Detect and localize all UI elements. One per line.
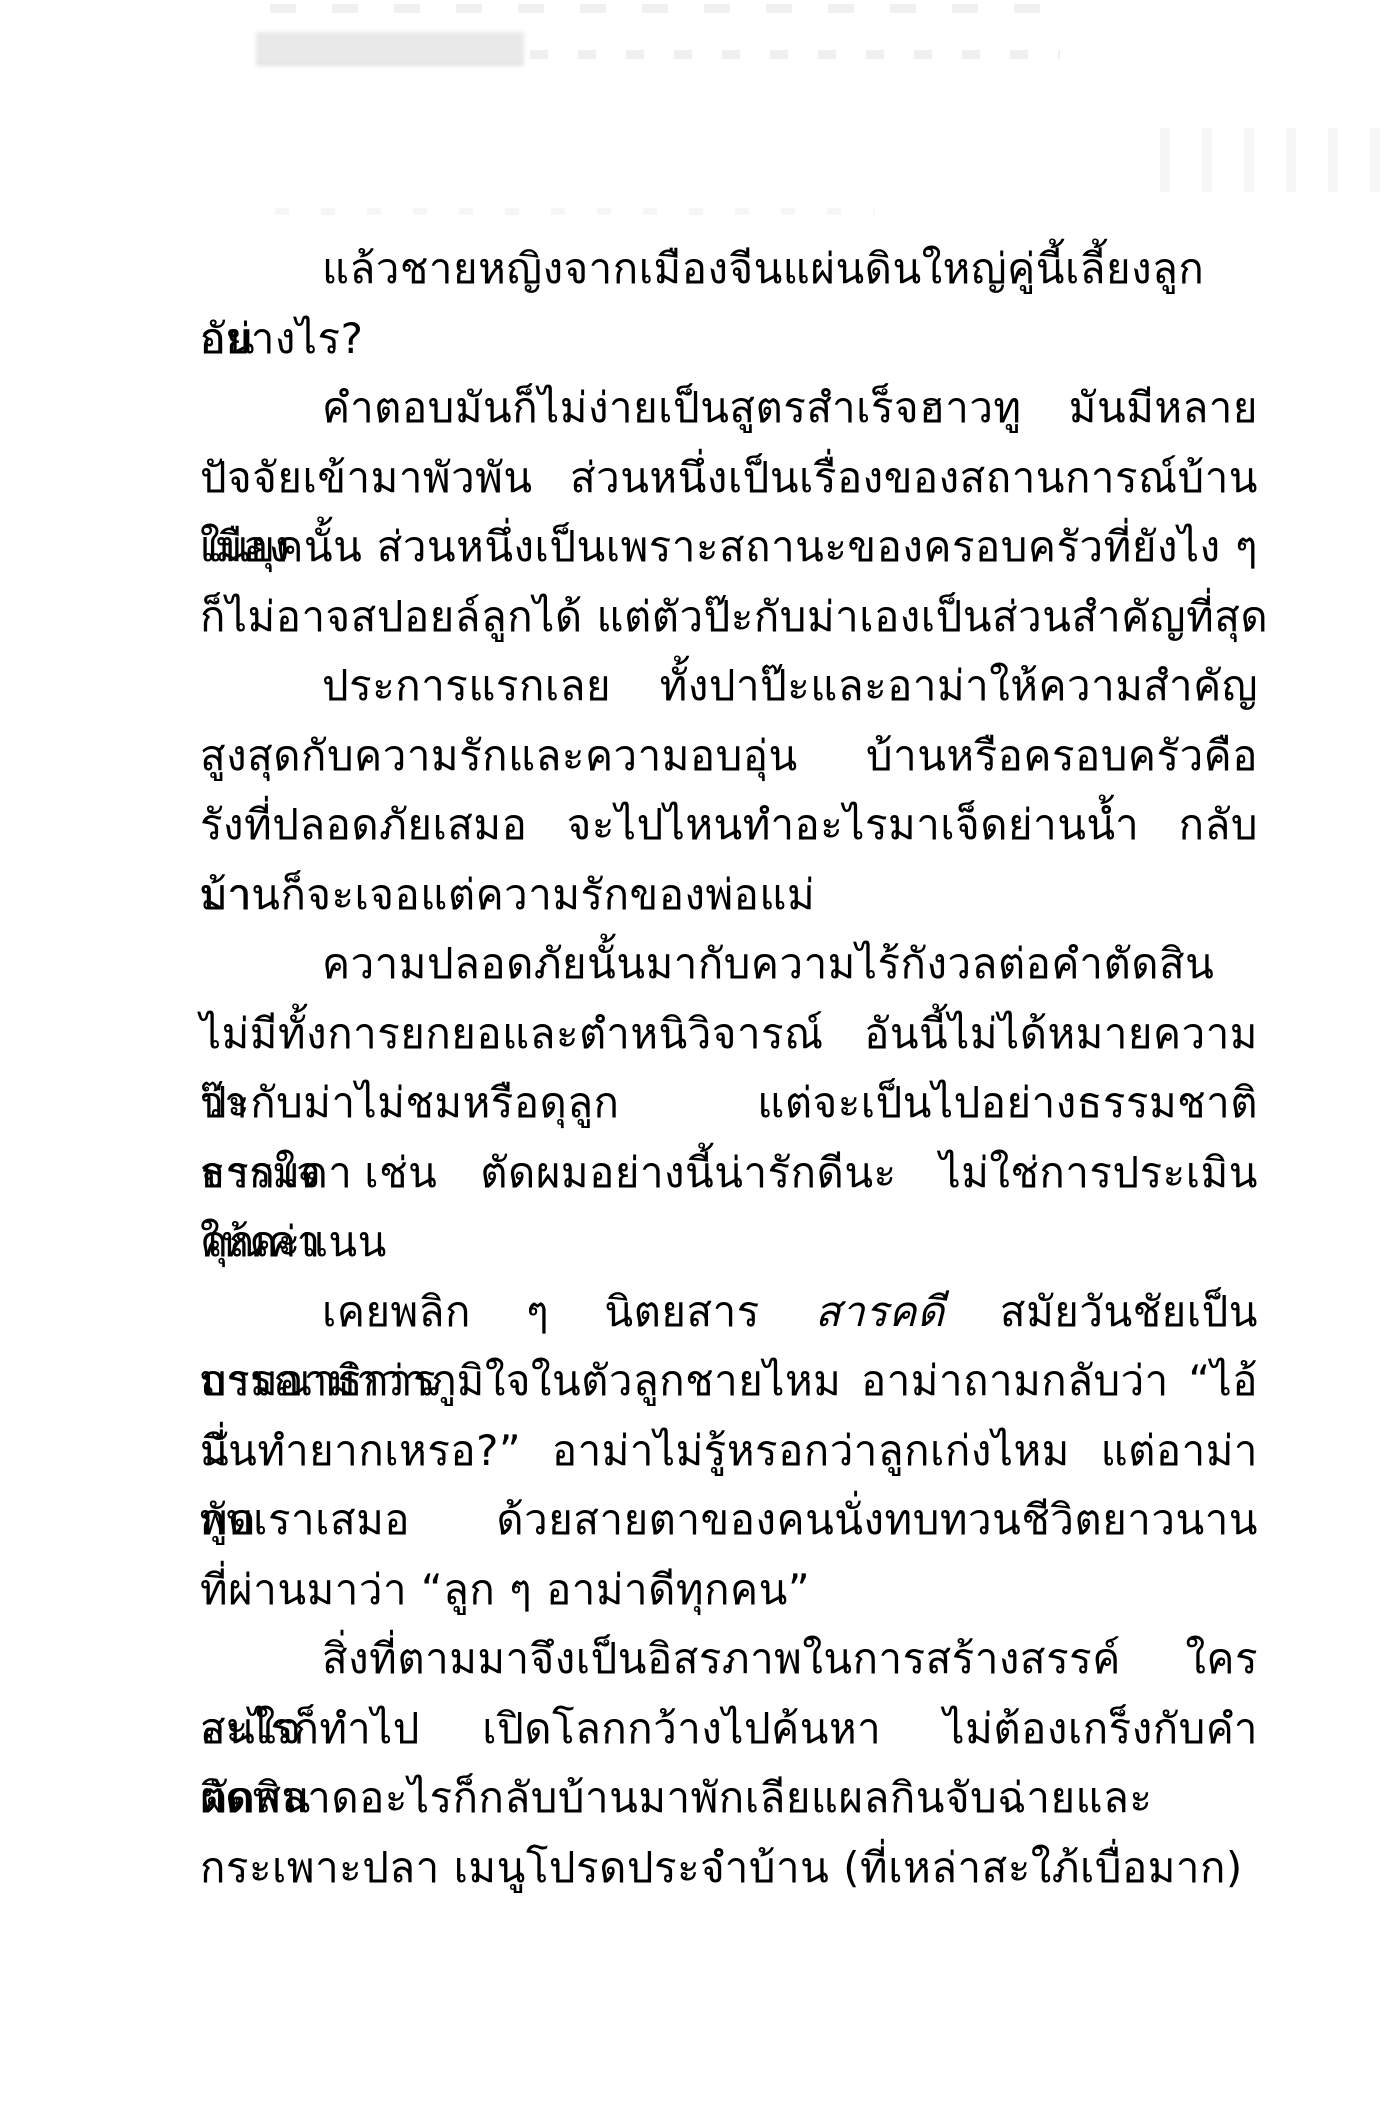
text-line: มันทำยากเหรอ?” อาม่าไม่รู้หรอกว่าลูกเก่ง… [200, 1416, 1258, 1486]
text-segment: เคยพลิก ๆ นิตยสาร [322, 1287, 815, 1336]
text-line: ก็ไม่อาจสปอยล์ลูกได้ แต่ตัวป๊ะกับม่าเองเ… [200, 582, 1258, 652]
text-line: สูงสุดกับความรักและความอบอุ่น บ้านหรือคร… [200, 721, 1258, 791]
scan-artifact-top-ticks [270, 4, 1040, 13]
text-line: ที่ผ่านมาว่า “ลูก ๆ อาม่าดีทุกคน” [200, 1555, 1258, 1625]
text-line: ป๊ะกับม่าไม่ชมหรือดุลูก แต่จะเป็นไปอย่าง… [200, 1068, 1258, 1138]
text-line: สิ่งที่ตามมาจึงเป็นอิสรภาพในการสร้างสรรค… [200, 1624, 1258, 1694]
text-line: ความปลอดภัยนั้นมากับความไร้กังวลต่อคำตัด… [200, 929, 1258, 999]
scan-artifact-smudge [256, 32, 524, 66]
text-line: ถามอาม่าว่าภูมิใจในตัวลูกชายไหม อาม่าถาม… [200, 1346, 1258, 1416]
text-line: ผิดพลาดอะไรก็กลับบ้านมาพักเลียแผลกินจับฉ… [200, 1763, 1258, 1833]
text-line: อะไรก็ทำไป เปิดโลกกว้างไปค้นหา ไม่ต้องเก… [200, 1694, 1258, 1764]
scan-artifact-dot-row [530, 50, 1060, 59]
text-line: แล้วชายหญิงจากเมืองจีนแผ่นดินใหญ่คู่นี้เ… [200, 234, 1258, 304]
text-line: คำตอบมันก็ไม่ง่ายเป็นสูตรสำเร็จฮาวทู มัน… [200, 373, 1258, 443]
text-line: รังที่ปลอดภัยเสมอ จะไปไหนทำอะไรมาเจ็ดย่า… [200, 790, 1258, 860]
scan-artifact-corner-marks [1160, 128, 1400, 192]
text-line: กับเราเสมอ ด้วยสายตาของคนนั่งทบทวนชีวิตย… [200, 1485, 1258, 1555]
text-line: กระเพาะปลา เมนูโปรดประจำบ้าน (ที่เหล่าสะ… [200, 1833, 1258, 1903]
text-line: อย่างไร? [200, 304, 1258, 374]
text-column: แล้วชายหญิงจากเมืองจีนแผ่นดินใหญ่คู่นี้เ… [200, 234, 1258, 1902]
text-line: ประการแรกเลย ทั้งปาป๊ะและอาม่าให้ความสำค… [200, 651, 1258, 721]
text-line: ปัจจัยเข้ามาพัวพัน ส่วนหนึ่งเป็นเรื่องขอ… [200, 443, 1258, 513]
text-line-with-magazine-title: เคยพลิก ๆ นิตยสาร สารคดี สมัยวันชัยเป็นบ… [200, 1277, 1258, 1347]
text-line: จากใจ เช่น ตัดผมอย่างนี้น่ารักดีนะ ไม่ใช… [200, 1138, 1258, 1208]
magazine-title-italic: สารคดี [815, 1287, 945, 1336]
book-page: แล้วชายหญิงจากเมืองจีนแผ่นดินใหญ่คู่นี้เ… [0, 0, 1400, 2122]
text-line: ไม่มีทั้งการยกยอและตำหนิวิจารณ์ อันนี้ไม… [200, 999, 1258, 1069]
text-line: ให้คะแนน [200, 1207, 1258, 1277]
text-line: ในยุคนั้น ส่วนหนึ่งเป็นเพราะสถานะของครอบ… [200, 512, 1258, 582]
text-line: บ้านก็จะเจอแต่ความรักของพ่อแม่ [200, 860, 1258, 930]
scan-artifact-dot-row-2 [275, 208, 875, 215]
